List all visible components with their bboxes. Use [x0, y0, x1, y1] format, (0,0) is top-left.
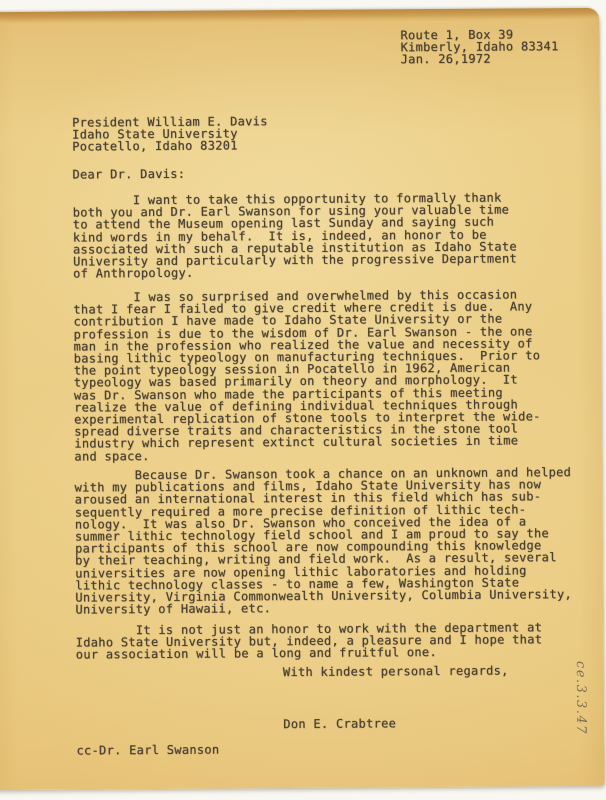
letter-paragraph-4: It is not just an honor to work with the… [76, 621, 543, 661]
letter-paragraph-3: Because Dr. Swanson took a chance on an … [74, 466, 572, 616]
signature-name: Don E. Crabtree [283, 717, 396, 730]
letter-paragraph-1: I want to take this opportunity to forma… [73, 191, 518, 280]
cc-line: cc-Dr. Earl Swanson [76, 744, 219, 757]
scanned-letter-background: Route 1, Box 39 Kimberly, Idaho 83341 Ja… [0, 0, 606, 800]
letter-paragraph-2: I was so surprised and overwhelmed by th… [73, 288, 541, 462]
letter-paper: Route 1, Box 39 Kimberly, Idaho 83341 Ja… [0, 8, 605, 790]
recipient-address: President William E. Davis Idaho State U… [72, 115, 268, 153]
paper-top-edge [0, 8, 599, 24]
salutation: Dear Dr. Davis: [72, 168, 185, 181]
closing-line: With kindest personal regards, [283, 665, 509, 679]
return-address: Route 1, Box 39 Kimberly, Idaho 83341 Ja… [400, 28, 558, 66]
catalog-annotation-handwritten: ce.3.3.47 [572, 661, 589, 747]
